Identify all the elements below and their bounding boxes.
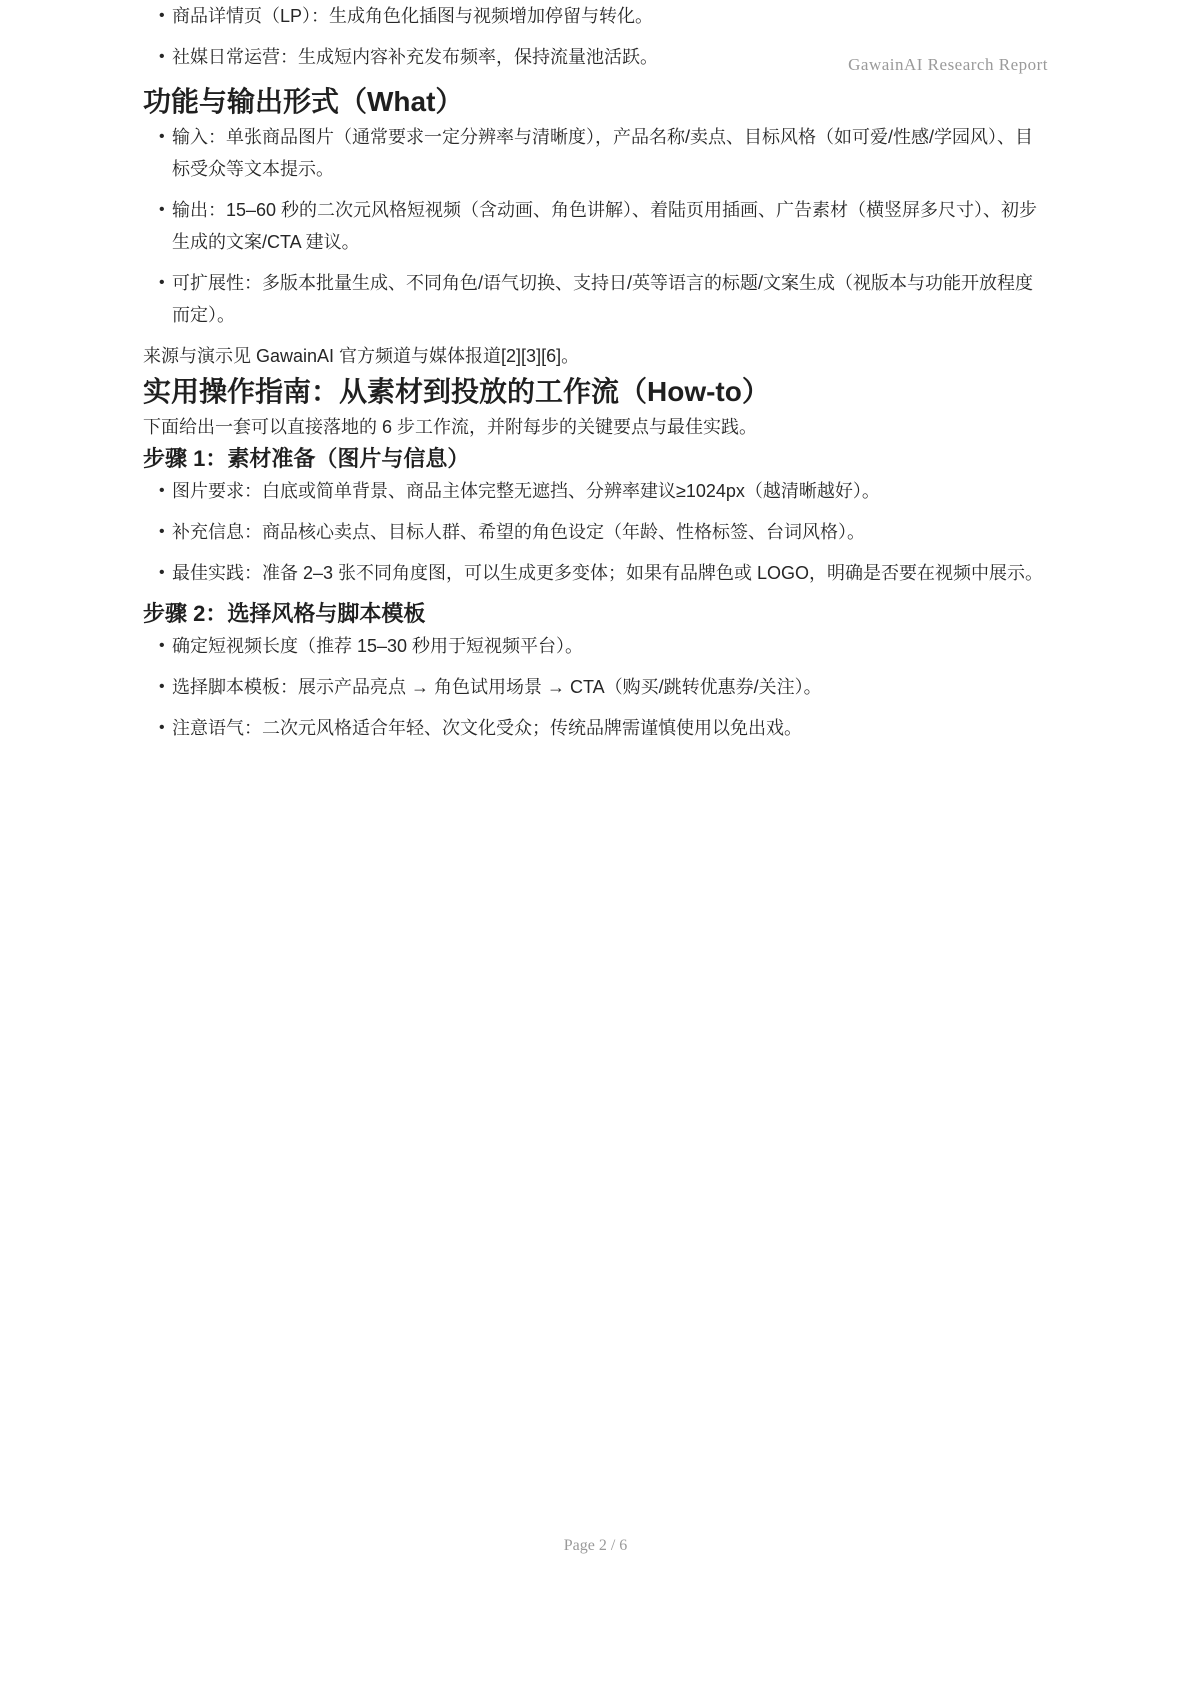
- step-1-bullet-list: 图片要求：白底或简单背景、商品主体完整无遮挡、分辨率建议≥1024px（越清晰越…: [143, 475, 1048, 589]
- step-2-bullet-list: 确定短视频长度（推荐 15–30 秒用于短视频平台）。 选择脚本模板：展示产品亮…: [143, 630, 1048, 744]
- step-2-title: 步骤 2：选择风格与脚本模板: [143, 598, 1048, 630]
- source-note: 来源与演示见 GawainAI 官方频道与媒体报道[2][3][6]。: [143, 340, 1048, 372]
- list-item: 注意语气：二次元风格适合年轻、次文化受众；传统品牌需谨慎使用以免出戏。: [143, 712, 1048, 744]
- list-item: 补充信息：商品核心卖点、目标人群、希望的角色设定（年龄、性格标签、台词风格）。: [143, 516, 1048, 548]
- list-item: 图片要求：白底或简单背景、商品主体完整无遮挡、分辨率建议≥1024px（越清晰越…: [143, 475, 1048, 507]
- list-item: 社媒日常运营：生成短内容补充发布频率，保持流量池活跃。: [143, 41, 1048, 73]
- list-item: 选择脚本模板：展示产品亮点 → 角色试用场景 → CTA（购买/跳转优惠券/关注…: [143, 671, 1048, 703]
- step-1-title: 步骤 1：素材准备（图片与信息）: [143, 443, 1048, 475]
- what-bullet-list: 输入：单张商品图片（通常要求一定分辨率与清晰度），产品名称/卖点、目标风格（如可…: [143, 121, 1048, 331]
- page-number: Page 2 / 6: [0, 1537, 1191, 1555]
- section-title-howto: 实用操作指南：从素材到投放的工作流（How-to）: [143, 372, 1048, 411]
- section-title-what: 功能与输出形式（What）: [143, 82, 1048, 121]
- howto-intro-paragraph: 下面给出一套可以直接落地的 6 步工作流，并附每步的关键要点与最佳实践。: [143, 411, 1048, 443]
- list-item: 确定短视频长度（推荐 15–30 秒用于短视频平台）。: [143, 630, 1048, 662]
- page-content: 商品详情页（LP）：生成角色化插图与视频增加停留与转化。 社媒日常运营：生成短内…: [0, 0, 1191, 744]
- list-item: 输入：单张商品图片（通常要求一定分辨率与清晰度），产品名称/卖点、目标风格（如可…: [143, 121, 1048, 185]
- list-item: 商品详情页（LP）：生成角色化插图与视频增加停留与转化。: [143, 0, 1048, 32]
- list-item: 可扩展性：多版本批量生成、不同角色/语气切换、支持日/英等语言的标题/文案生成（…: [143, 267, 1048, 331]
- report-page: GawainAI Research Report 商品详情页（LP）：生成角色化…: [0, 0, 1191, 1684]
- list-item: 最佳实践：准备 2–3 张不同角度图，可以生成更多变体；如果有品牌色或 LOGO…: [143, 557, 1048, 589]
- intro-bullet-list: 商品详情页（LP）：生成角色化插图与视频增加停留与转化。 社媒日常运营：生成短内…: [143, 0, 1048, 73]
- list-item: 输出：15–60 秒的二次元风格短视频（含动画、角色讲解）、着陆页用插画、广告素…: [143, 194, 1048, 258]
